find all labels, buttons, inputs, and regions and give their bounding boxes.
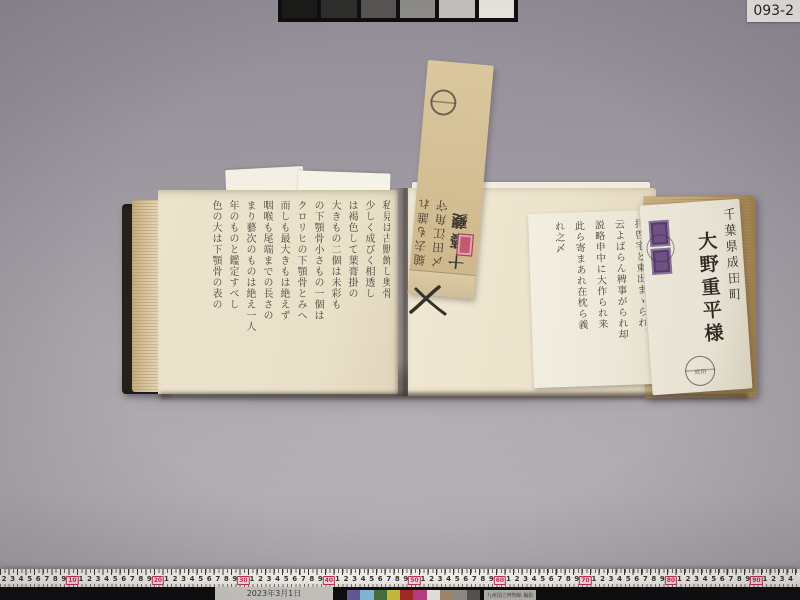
ruler-number: 5: [198, 575, 203, 584]
postmark-icon: [429, 88, 457, 116]
calibration-patch: [479, 0, 514, 18]
ruler-number: 3: [523, 575, 528, 584]
ruler-number: 3: [96, 575, 101, 584]
ruler-number-major: 60: [494, 576, 506, 585]
credit-label: 九州国立博物館 撮影: [484, 590, 536, 600]
ruler-number: 8: [138, 575, 143, 584]
ruler-number: 8: [224, 575, 229, 584]
ruler-number: 7: [386, 575, 391, 584]
ruler-number: 7: [643, 575, 648, 584]
ruler-number: 8: [651, 575, 656, 584]
ruler-number: 2: [344, 575, 349, 584]
ruler-number: 5: [711, 575, 716, 584]
ruler-number: 4: [190, 575, 195, 584]
bottom-strip: 2023年3月1日 九州国立博物館 撮影: [0, 587, 800, 600]
ruler-number: 1: [592, 575, 597, 584]
ruler-number: 6: [463, 575, 468, 584]
calibration-patch: [400, 0, 435, 18]
ruler-number: 2: [429, 575, 434, 584]
envelope-text: 千葉県成田町 大野重平様: [674, 207, 746, 385]
ruler-number: 1: [250, 575, 255, 584]
ruler-number: 5: [455, 575, 460, 584]
calligraphy-column: 色の大は下顎骨の表の: [210, 200, 220, 384]
color-calibration-bar: [347, 590, 480, 600]
ruler-number: 2: [87, 575, 92, 584]
ruler-number: 6: [549, 575, 554, 584]
brush-mark: [406, 282, 450, 320]
calligraphy-column: 大きもの二個は未彩も: [329, 200, 339, 384]
ruler-tape: 2345678910123456789201234567893012345678…: [0, 569, 800, 587]
ruler-number: 5: [113, 575, 118, 584]
ruler-number: 1: [335, 575, 340, 584]
calligraphy-column: 説略申中に大作られ来: [592, 220, 607, 376]
ruler-number-major: 90: [750, 576, 762, 585]
ruler-numbers: 2345678910123456789201234567893012345678…: [0, 575, 800, 586]
calibration-patch: [361, 0, 396, 18]
calibration-patch: [439, 0, 474, 18]
ruler-number: 6: [720, 575, 725, 584]
calligraphy-column: 年のものと鑑定すべし: [227, 200, 237, 384]
ruler-number: 3: [609, 575, 614, 584]
ruler-number: 2: [771, 575, 776, 584]
calligraphy-column: 而しも最大きもは絶えず: [278, 200, 288, 384]
date-label: 2023年3月1日: [215, 587, 333, 600]
calibration-patch: [440, 590, 453, 600]
ruler-number-major: 30: [237, 576, 249, 585]
ruler-number: 8: [395, 575, 400, 584]
ruler-number: 7: [472, 575, 477, 584]
ruler-number: 8: [53, 575, 58, 584]
calligraphy-column: 私見は古獸飾し奥骨: [380, 200, 390, 384]
calligraphy-column: の下顎骨小さもの一個は: [312, 200, 322, 384]
ruler-number: 1: [79, 575, 84, 584]
ruler-number: 1: [164, 575, 169, 584]
ruler-number: 3: [267, 575, 272, 584]
ruler-number: 3: [352, 575, 357, 584]
postmark-text: 成田: [694, 366, 707, 376]
ruler-number: 2: [686, 575, 691, 584]
calligraphy-column: れ之〆: [552, 221, 567, 377]
ruler-number-major: 40: [323, 576, 335, 585]
ruler-number: 2: [600, 575, 605, 584]
ruler-number: 3: [438, 575, 443, 584]
ruler-number: 5: [626, 575, 631, 584]
ruler-number: 4: [275, 575, 280, 584]
ruler-number: 6: [36, 575, 41, 584]
ruler-number: 6: [378, 575, 383, 584]
ruler-number: 4: [19, 575, 24, 584]
calibration-patch: [400, 590, 413, 600]
ruler-number: 4: [361, 575, 366, 584]
ruler-number: 7: [728, 575, 733, 584]
calibration-patch: [467, 590, 480, 600]
ruler-number: 3: [780, 575, 785, 584]
left-page: 私見は古獸飾し奥骨少しく成びく相透しは褐色して葉膏掛の大きもの二個は未彩もの下顎…: [158, 190, 398, 394]
ruler-number: 4: [788, 575, 793, 584]
ruler-number: 7: [215, 575, 220, 584]
strip-text: 縋去も誰れ〆田江角守十藝蘷: [413, 116, 486, 271]
calligraphy-column: クロリヒの下顎骨とみへ: [295, 200, 305, 384]
grayscale-calibration-bar: [278, 0, 518, 22]
ruler-number: 5: [369, 575, 374, 584]
ruler-number-major: 10: [66, 576, 78, 585]
ruler-number: 4: [104, 575, 109, 584]
ruler-number: 1: [506, 575, 511, 584]
ruler-number: 7: [130, 575, 135, 584]
calibration-patch: [374, 590, 387, 600]
calibration-patch: [360, 590, 373, 600]
ruler-number-major: 80: [665, 576, 677, 585]
ruler-number: 6: [121, 575, 126, 584]
ruler-number: 4: [532, 575, 537, 584]
ruler-number: 1: [421, 575, 426, 584]
ruler-number-major: 70: [579, 576, 591, 585]
calibration-patch: [427, 590, 440, 600]
ruler-number: 6: [634, 575, 639, 584]
address-envelope: 千葉県成田町 大野重平様 成田: [639, 199, 752, 396]
ruler-number: 2: [258, 575, 263, 584]
ruler-number: 8: [566, 575, 571, 584]
ruler-number: 4: [446, 575, 451, 584]
calibration-patch: [453, 590, 466, 600]
ruler-number: 7: [44, 575, 49, 584]
calibration-patch: [347, 590, 360, 600]
ruler-number: 5: [540, 575, 545, 584]
museum-photo: 093-2 私見は古獸飾し奥骨少しく成びく相透しは褐色して葉膏掛の大きもの二個は…: [0, 0, 800, 600]
ruler-number: 4: [703, 575, 708, 584]
calibration-patch: [321, 0, 356, 18]
ruler-number: 3: [181, 575, 186, 584]
ruler-number: 8: [737, 575, 742, 584]
ruler-number: 6: [207, 575, 212, 584]
calligraphy-column: 少しく成びく相透し: [363, 200, 373, 384]
ruler-number: 2: [2, 575, 7, 584]
ruler-number: 7: [557, 575, 562, 584]
ruler-number: 8: [309, 575, 314, 584]
ruler-number-major: 20: [152, 576, 164, 585]
letter-card: 拝啓宅と東出まゝられ、云よばらん稗事がられ却説略申中に大作られ来此ら寄まあれ在枕…: [528, 210, 656, 388]
postage-stamp-red: [456, 233, 474, 256]
ruler-number: 6: [292, 575, 297, 584]
ruler-number: 5: [284, 575, 289, 584]
left-page-text: 私見は古獸飾し奥骨少しく成びく相透しは褐色して葉膏掛の大きもの二個は未彩もの下顎…: [188, 200, 390, 384]
calligraphy-column: 此ら寄まあれ在枕ら義: [572, 220, 587, 376]
ruler-number: 3: [10, 575, 15, 584]
catalog-id-label: 093-2: [747, 0, 800, 22]
ruler-number: 3: [694, 575, 699, 584]
ruler-number: 1: [677, 575, 682, 584]
calibration-patch: [413, 590, 426, 600]
ruler-number: 5: [27, 575, 32, 584]
ruler-number: 8: [480, 575, 485, 584]
ruler-number-major: 50: [408, 576, 420, 585]
ruler-number: 2: [515, 575, 520, 584]
calibration-patch: [387, 590, 400, 600]
calligraphy-column: 咽喉も尾端までの長さの: [261, 200, 271, 384]
ruler-number: 1: [763, 575, 768, 584]
letter-card-text: 拝啓宅と東出まゝられ、云よばらん稗事がられ却説略申中に大作られ来此ら寄まあれ在枕…: [536, 218, 647, 378]
ruler-number: 2: [173, 575, 178, 584]
calligraphy-column: まり藝次のものは絶え一人: [244, 200, 254, 384]
calligraphy-column: は褐色して葉膏掛の: [346, 200, 356, 384]
calibration-patch: [282, 0, 317, 18]
ruler-number: 4: [617, 575, 622, 584]
ruler-number: 7: [301, 575, 306, 584]
calligraphy-column: 云よばらん稗事がられ却: [612, 219, 627, 375]
